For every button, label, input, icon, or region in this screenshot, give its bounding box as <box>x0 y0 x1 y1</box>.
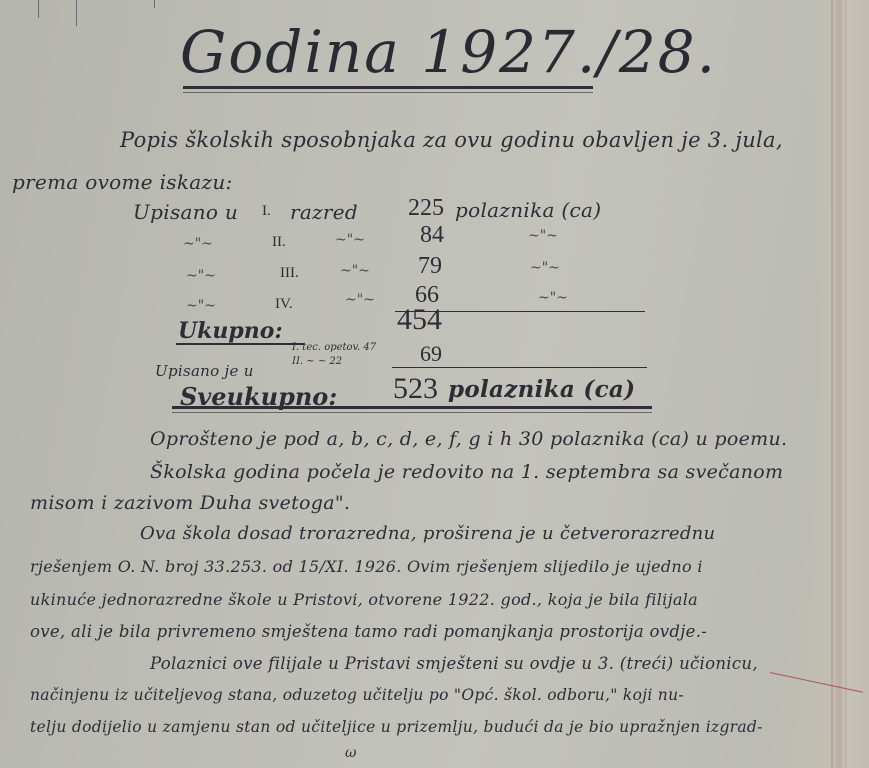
ditto-mark: ~"~ <box>186 268 216 284</box>
subtotal-value: 454 <box>397 303 442 337</box>
grade-word: razred <box>290 200 358 224</box>
ditto-mark: ~"~ <box>340 263 370 279</box>
grand-total-underline <box>172 406 652 409</box>
paragraph-line: Ova škola dosad trorazredna, proširena j… <box>140 523 715 544</box>
paragraph-line: Polaznici ove filijale u Pristavi smješt… <box>150 654 758 673</box>
ditto-mark: ~"~ <box>530 260 560 276</box>
grand-total-underline-thin <box>172 412 652 413</box>
paragraph-line: ove, ali je bila privremeno smještena ta… <box>30 622 707 641</box>
pencil-mark <box>38 0 39 18</box>
intro-line-2: prema ovome iskazu: <box>12 170 233 194</box>
paragraph-line: telju dodijelio u zamjenu stan od učitel… <box>30 718 763 736</box>
ditto-mark: ~"~ <box>528 228 558 244</box>
binding-line <box>831 0 833 768</box>
intro-line-1: Popis školskih sposobnjaka za ovu godinu… <box>120 128 783 152</box>
paragraph-line: Oprošteno je pod a, b, c, d, e, f, g i h… <box>150 428 787 450</box>
count-grade-1: 225 <box>408 195 444 222</box>
page-binding-edge <box>809 0 869 768</box>
enroll-label: Upisano u <box>133 200 238 224</box>
ditto-mark: ~"~ <box>345 292 375 308</box>
paragraph-line: Školska godina počela je redovito na 1. … <box>150 461 783 483</box>
grade-3: III. <box>280 265 299 282</box>
page-title: Godina 1927./28. <box>180 18 717 86</box>
extra-label: Upisano je u <box>155 362 254 380</box>
binding-line <box>845 0 847 768</box>
subtotal-label: Ukupno: <box>178 318 283 344</box>
count-grade-2: 84 <box>420 222 444 249</box>
pencil-mark <box>76 0 77 26</box>
grade-2: II. <box>272 234 286 251</box>
subtotal-underline <box>176 343 304 345</box>
grade-1: I. <box>262 203 271 220</box>
paragraph-line: misom i zazivom Duha svetoga". <box>30 492 350 514</box>
footer-mark: ω <box>345 745 357 761</box>
extra-note-2: II. ~ ~ 22 <box>292 356 342 367</box>
sum-line-2 <box>392 367 647 368</box>
unit-label: polaznika (ca) <box>455 198 601 222</box>
title-underline-thin <box>183 92 593 93</box>
pencil-mark <box>154 0 155 8</box>
title-underline <box>183 86 593 89</box>
ditto-mark: ~"~ <box>186 298 216 314</box>
paragraph-line: ukinuće jednorazredne škole u Pristovi, … <box>30 590 698 609</box>
paragraph-line: rješenjem O. N. broj 33.253. od 15/XI. 1… <box>30 557 703 576</box>
paragraph-line: načinjenu iz učiteljevog stana, oduzetog… <box>30 686 684 704</box>
ditto-mark: ~"~ <box>335 232 365 248</box>
grand-total-value: 523 <box>393 372 438 406</box>
grade-4: IV. <box>275 296 293 313</box>
ditto-mark: ~"~ <box>538 290 568 306</box>
grand-total-unit: polaznika (ca) <box>448 376 635 403</box>
extra-note-1: I. tec. opetov. 47 <box>292 342 376 353</box>
extra-count: 69 <box>420 341 442 367</box>
ditto-mark: ~"~ <box>183 236 213 252</box>
count-grade-3: 79 <box>418 253 442 280</box>
